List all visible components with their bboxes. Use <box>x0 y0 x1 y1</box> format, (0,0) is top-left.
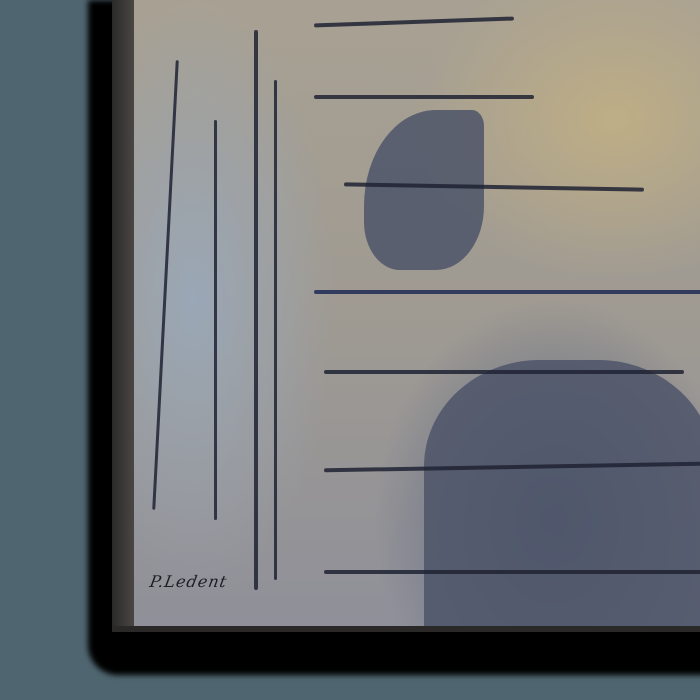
ink-stroke <box>314 17 514 28</box>
ink-stroke <box>152 60 179 510</box>
ink-stroke <box>254 30 258 590</box>
artist-signature: P.Ledent <box>148 572 229 591</box>
ink-stroke <box>214 120 217 520</box>
blue-figure-shape <box>364 110 484 270</box>
frame-left-edge <box>112 0 134 628</box>
ink-stroke <box>324 370 684 374</box>
frame-bottom-edge <box>112 626 700 632</box>
ink-stroke <box>274 80 277 580</box>
ink-stroke <box>324 570 700 574</box>
ink-stroke <box>314 95 534 99</box>
ink-stroke <box>314 290 700 294</box>
painting-canvas <box>134 0 700 626</box>
blue-figure-shape <box>424 360 700 626</box>
